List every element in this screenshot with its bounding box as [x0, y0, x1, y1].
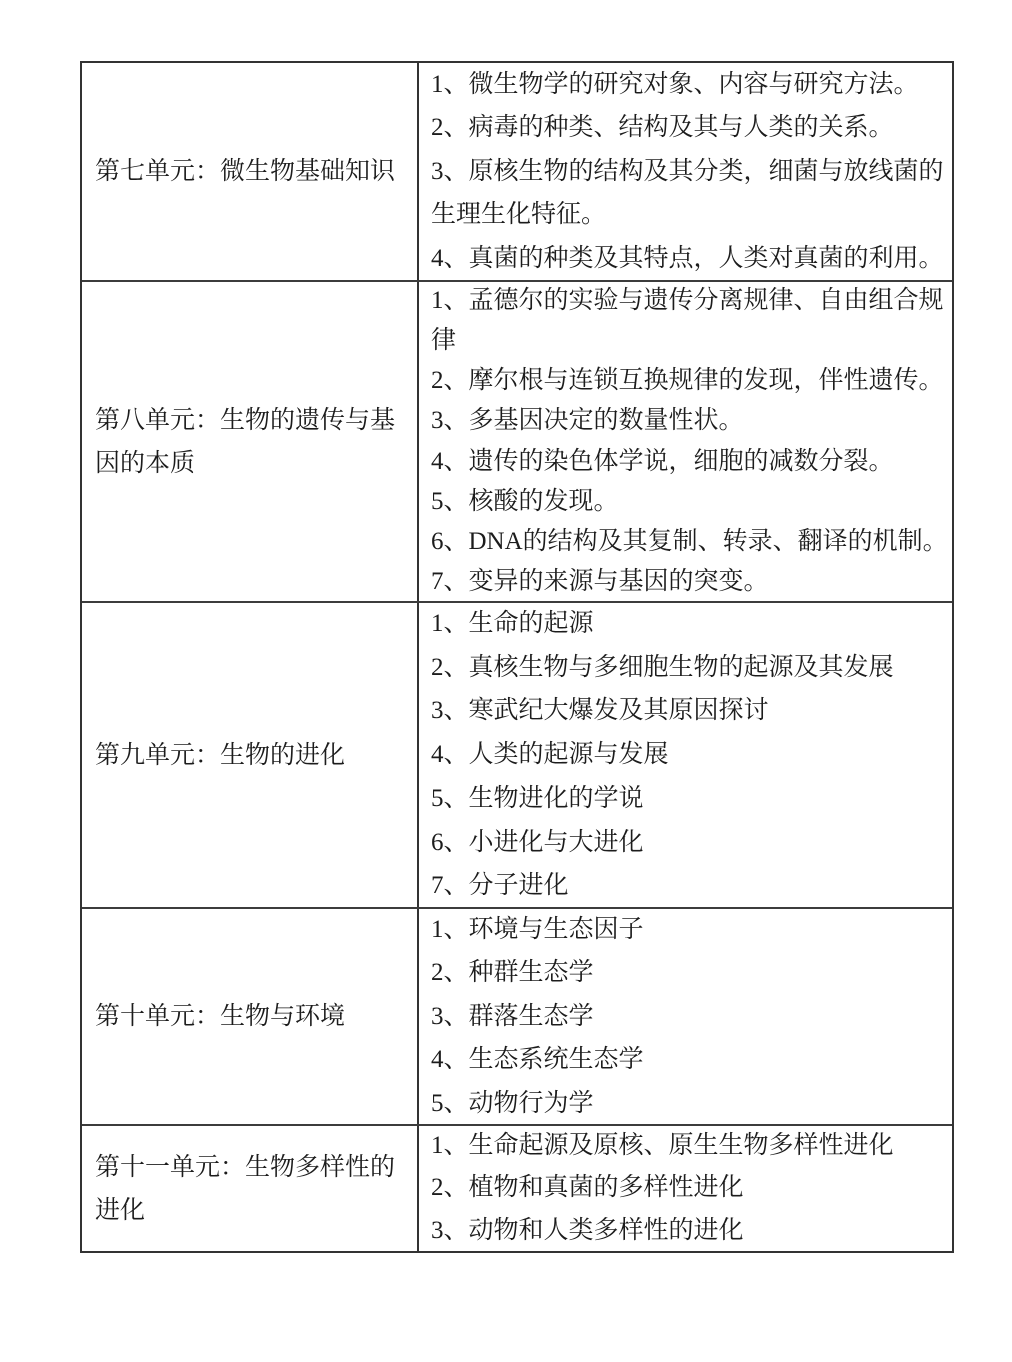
- syllabus-item: 3、寒武纪大爆发及其原因探讨: [431, 689, 950, 733]
- syllabus-item: 2、植物和真菌的多样性进化: [431, 1167, 950, 1210]
- syllabus-item: 3、动物和人类多样性的进化: [431, 1210, 950, 1251]
- syllabus-item: 3、群落生态学: [431, 995, 950, 1038]
- table-row: 第十单元：生物与环境1、环境与生态因子2、种群生态学3、群落生态学4、生态系统生…: [82, 907, 952, 1124]
- syllabus-item: 4、遗传的染色体学说，细胞的减数分裂。: [431, 442, 950, 482]
- unit-label: 第七单元：微生物基础知识: [95, 150, 395, 193]
- syllabus-item: 5、核酸的发现。: [431, 482, 950, 522]
- syllabus-item: 6、小进化与大进化: [431, 821, 950, 865]
- syllabus-item: 2、真核生物与多细胞生物的起源及其发展: [431, 646, 950, 690]
- syllabus-item: 1、微生物学的研究对象、内容与研究方法。: [431, 63, 950, 106]
- syllabus-item: 7、分子进化: [431, 864, 950, 907]
- table-row: 第七单元：微生物基础知识1、微生物学的研究对象、内容与研究方法。2、病毒的种类、…: [82, 63, 952, 280]
- unit-cell: 第十一单元：生物多样性的进化: [82, 1126, 417, 1251]
- unit-label: 第九单元：生物的进化: [95, 734, 345, 777]
- unit-cell: 第十单元：生物与环境: [82, 909, 417, 1124]
- syllabus-item: 4、真菌的种类及其特点，人类对真菌的利用。: [431, 237, 950, 280]
- syllabus-item: 1、生命的起源: [431, 602, 950, 646]
- syllabus-item: 2、种群生态学: [431, 951, 950, 994]
- table-row: 第九单元：生物的进化1、生命的起源2、真核生物与多细胞生物的起源及其发展3、寒武…: [82, 601, 952, 907]
- items-cell: 1、孟德尔的实验与遗传分离规律、自由组合规律2、摩尔根与连锁互换规律的发现，伴性…: [417, 282, 952, 601]
- syllabus-item: 7、变异的来源与基因的突变。: [431, 562, 950, 601]
- items-cell: 1、生命的起源2、真核生物与多细胞生物的起源及其发展3、寒武纪大爆发及其原因探讨…: [417, 603, 952, 907]
- unit-label: 第十单元：生物与环境: [95, 995, 345, 1038]
- syllabus-item: 4、人类的起源与发展: [431, 733, 950, 777]
- table-row: 第十一单元：生物多样性的进化1、生命起源及原核、原生生物多样性进化2、植物和真菌…: [82, 1124, 952, 1251]
- items-cell: 1、微生物学的研究对象、内容与研究方法。2、病毒的种类、结构及其与人类的关系。3…: [417, 63, 952, 280]
- unit-cell: 第七单元：微生物基础知识: [82, 63, 417, 280]
- syllabus-item: 2、病毒的种类、结构及其与人类的关系。: [431, 106, 950, 150]
- syllabus-item: 6、DNA的结构及其复制、转录、翻译的机制。: [431, 522, 950, 562]
- syllabus-item: 1、环境与生态因子: [431, 908, 950, 951]
- syllabus-item: 2、摩尔根与连锁互换规律的发现，伴性遗传。: [431, 361, 950, 401]
- items-cell: 1、生命起源及原核、原生生物多样性进化2、植物和真菌的多样性进化3、动物和人类多…: [417, 1126, 952, 1251]
- syllabus-item: 5、动物行为学: [431, 1082, 950, 1124]
- table-row: 第八单元：生物的遗传与基因的本质1、孟德尔的实验与遗传分离规律、自由组合规律2、…: [82, 280, 952, 601]
- unit-label: 第八单元：生物的遗传与基因的本质: [95, 399, 407, 485]
- unit-label: 第十一单元：生物多样性的进化: [95, 1146, 407, 1232]
- syllabus-item: 1、生命起源及原核、原生生物多样性进化: [431, 1125, 950, 1168]
- unit-cell: 第九单元：生物的进化: [82, 603, 417, 907]
- syllabus-item: 3、多基因决定的数量性状。: [431, 401, 950, 441]
- syllabus-item: 3、原核生物的结构及其分类，细菌与放线菌的生理生化特征。: [431, 150, 950, 237]
- syllabus-item: 1、孟德尔的实验与遗传分离规律、自由组合规律: [431, 281, 950, 361]
- syllabus-table: 第七单元：微生物基础知识1、微生物学的研究对象、内容与研究方法。2、病毒的种类、…: [80, 61, 954, 1253]
- unit-cell: 第八单元：生物的遗传与基因的本质: [82, 282, 417, 601]
- items-cell: 1、环境与生态因子2、种群生态学3、群落生态学4、生态系统生态学5、动物行为学: [417, 909, 952, 1124]
- syllabus-item: 5、生物进化的学说: [431, 777, 950, 821]
- syllabus-item: 4、生态系统生态学: [431, 1038, 950, 1081]
